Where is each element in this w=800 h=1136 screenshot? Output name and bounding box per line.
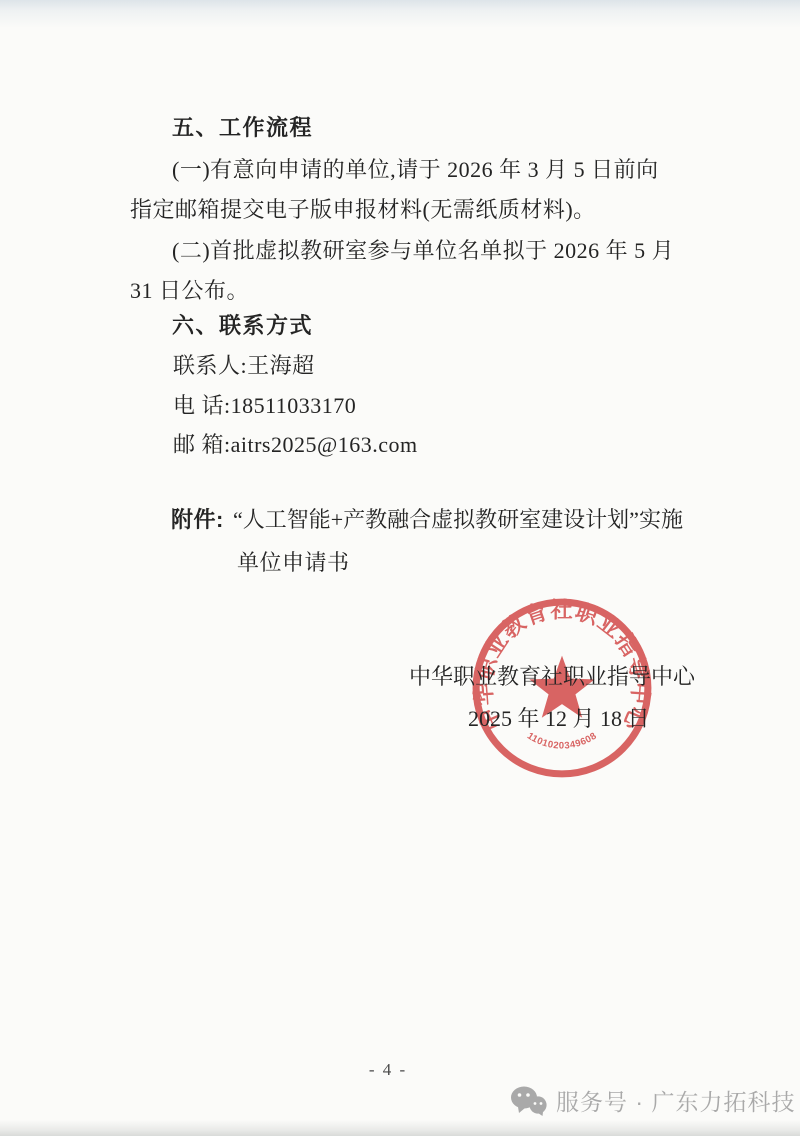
page-number: - 4 - (338, 1060, 438, 1080)
workflow-paragraph2-line2: 31 日公布。 (130, 277, 249, 305)
section-workflow-heading: 五、工作流程 (172, 114, 313, 142)
workflow-paragraph1-line1: (一)有意向申请的单位,请于 2026 年 3 月 5 日前向 (172, 156, 659, 184)
svg-text:1101020349608: 1101020349608 (525, 730, 599, 751)
signature-organization: 中华职业教育社职业指导中心 (409, 663, 695, 691)
workflow-paragraph2-line1: (二)首批虚拟教研室参与单位名单拟于 2026 年 5 月 (172, 237, 674, 265)
watermark: 服务号 · 广东力拓科技 (510, 1084, 795, 1117)
document-page: 五、工作流程 (一)有意向申请的单位,请于 2026 年 3 月 5 日前向 指… (0, 0, 800, 1136)
wechat-icon (510, 1085, 548, 1117)
workflow-paragraph1-line2: 指定邮箱提交电子版申报材料(无需纸质材料)。 (130, 196, 596, 224)
attachment-title-line2: 单位申请书 (237, 549, 350, 577)
attachment-title-line1: “人工智能+产教融合虚拟教研室建设计划”实施 (233, 506, 683, 534)
seal-serial-number: 1101020349608 (525, 730, 599, 751)
section-contact-heading: 六、联系方式 (172, 312, 313, 340)
watermark-label: 服务号 · 广东力拓科技 (556, 1084, 795, 1117)
contact-phone-line: 电 话:18511033170 (173, 392, 356, 420)
signature-date: 2025 年 12 月 18 日 (468, 705, 650, 733)
contact-person-line: 联系人:王海超 (173, 352, 315, 380)
attachment-label: 附件: (171, 506, 224, 534)
contact-email-line: 邮 箱:aitrs2025@163.com (173, 431, 418, 459)
